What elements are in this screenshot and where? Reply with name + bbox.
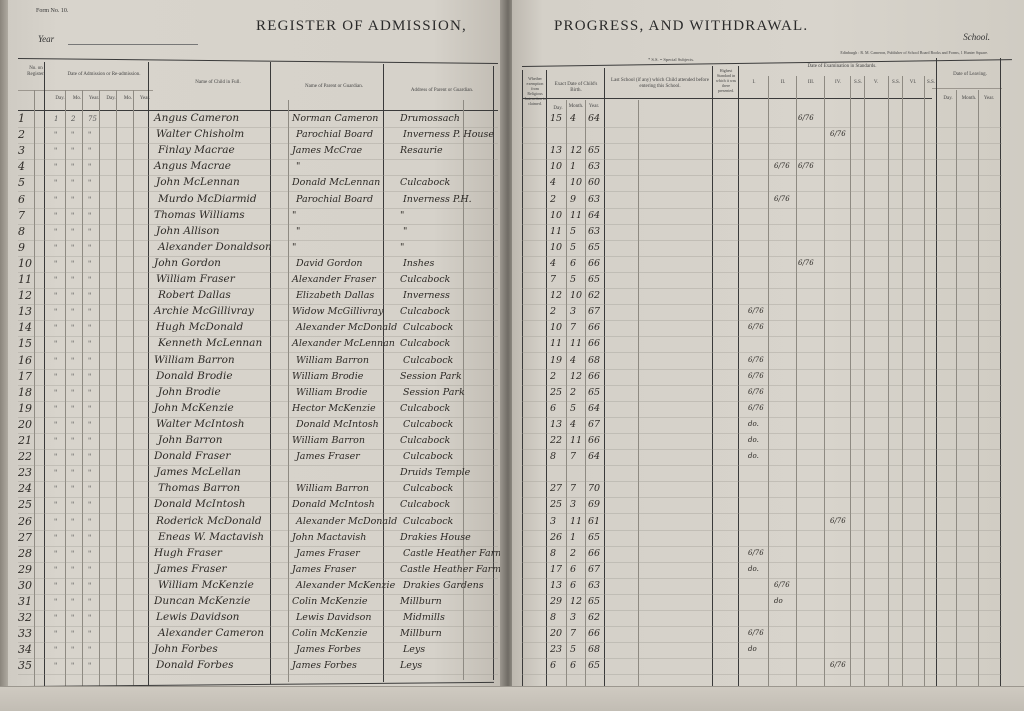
admission-month: "	[71, 662, 74, 670]
parent-name: "	[292, 210, 296, 221]
ruled-line	[18, 369, 498, 370]
birth-month: 4	[570, 419, 576, 430]
ruled-line	[522, 240, 1002, 241]
parent-name: Alexander McDonald	[296, 516, 397, 527]
header-birth-day: Day.	[550, 106, 566, 112]
ruled-line	[18, 143, 498, 144]
header-last-school: Last School (if any) which Child attende…	[608, 78, 712, 90]
register-number: 13	[18, 305, 32, 318]
register-number: 34	[18, 643, 32, 656]
birth-year: 65	[588, 387, 600, 398]
admission-year: "	[88, 324, 91, 332]
col-divider	[638, 100, 639, 686]
birth-day: 10	[550, 242, 562, 253]
birth-month: 12	[570, 371, 582, 382]
admission-month: "	[71, 292, 74, 300]
birth-month: 12	[570, 596, 582, 607]
admission-month: "	[71, 566, 74, 574]
header-leave-month: Month.	[958, 96, 980, 102]
header-standard: V.	[864, 80, 888, 86]
ruled-line	[18, 674, 498, 675]
col-divider	[65, 90, 66, 688]
birth-year: 60	[588, 177, 600, 188]
admission-year: "	[88, 131, 91, 139]
child-name: Eneas W. Mactavish	[158, 531, 264, 543]
register-number: 16	[18, 354, 32, 367]
admission-month: "	[71, 582, 74, 590]
admission-month: "	[71, 646, 74, 654]
parent-name: Widow McGillivray	[292, 306, 383, 317]
ruled-line	[522, 465, 1002, 466]
child-name: Hugh McDonald	[156, 321, 243, 333]
birth-month: 2	[570, 387, 576, 398]
parent-address: "	[403, 226, 407, 237]
admission-day: "	[54, 518, 57, 526]
parent-address: Drakies House	[400, 532, 471, 543]
header-no-on-register: No. on Register.	[22, 66, 50, 78]
register-number: 7	[18, 209, 25, 222]
birth-day: 2	[550, 306, 556, 317]
parent-address: Culcabock	[400, 403, 450, 414]
child-name: Robert Dallas	[158, 289, 231, 301]
admission-year: "	[88, 646, 91, 654]
parent-name: David Gordon	[296, 258, 363, 269]
exam-date-standard-I: do	[748, 645, 757, 653]
birth-day: 7	[550, 274, 556, 285]
birth-day: 13	[550, 145, 562, 156]
parent-name: "	[292, 242, 296, 253]
birth-month: 10	[570, 290, 582, 301]
birth-day: 13	[550, 419, 562, 430]
parent-address: Resaurie	[400, 145, 443, 156]
birth-day: 8	[550, 451, 556, 462]
admission-day: "	[54, 662, 57, 670]
register-number: 22	[18, 450, 32, 463]
col-divider	[546, 70, 547, 688]
birth-month: 4	[570, 355, 576, 366]
parent-name: Parochial Board	[296, 129, 373, 140]
birth-day: 4	[550, 258, 556, 269]
birth-month: 5	[570, 403, 576, 414]
admission-year: "	[88, 308, 91, 316]
birth-month: 6	[570, 660, 576, 671]
header-exam-dates: Date of Examination in Standards.	[752, 64, 932, 70]
register-number: 8	[18, 225, 25, 238]
birth-year: 62	[588, 612, 600, 623]
parent-address: Culcabock	[400, 274, 450, 285]
col-divider	[82, 90, 83, 688]
ruled-line	[522, 610, 1002, 611]
col-divider	[956, 90, 957, 688]
col-divider	[34, 90, 35, 688]
col-divider	[604, 68, 605, 688]
header-readm-year: Year.	[136, 96, 154, 102]
register-number: 3	[18, 144, 25, 157]
ruled-line	[522, 594, 1002, 595]
child-name: James McLellan	[156, 466, 241, 478]
ruled-line	[522, 497, 1002, 498]
ruled-line	[522, 401, 1002, 402]
page-title-left: REGISTER OF ADMISSION,	[256, 18, 467, 35]
child-name: Hugh Fraser	[154, 547, 222, 559]
ruled-line	[522, 288, 1002, 289]
birth-month: 11	[570, 435, 582, 446]
birth-month: 9	[570, 194, 576, 205]
exam-date-standard-II: 6/76	[774, 195, 790, 203]
child-name: William McKenzie	[158, 579, 254, 591]
exam-date-standard-I: 6/76	[748, 388, 764, 396]
admission-month: "	[71, 614, 74, 622]
ruled-line	[18, 481, 498, 482]
year-label: Year	[38, 34, 54, 44]
ruled-line	[522, 191, 1002, 192]
admission-day: "	[54, 598, 57, 606]
birth-year: 66	[588, 371, 600, 382]
birth-year: 68	[588, 355, 600, 366]
header-leave-day: Day.	[938, 96, 958, 102]
register-number: 10	[18, 257, 32, 270]
open-register-book: Form No. 10. REGISTER OF ADMISSION, Year…	[0, 0, 1024, 711]
admission-day: "	[54, 131, 57, 139]
birth-month: 6	[570, 258, 576, 269]
ruled-line	[18, 256, 498, 257]
register-number: 2	[18, 128, 25, 141]
birth-year: 66	[588, 258, 600, 269]
parent-name: William Brodie	[296, 387, 367, 398]
birth-day: 4	[550, 177, 556, 188]
birth-month: 3	[570, 499, 576, 510]
birth-month: 2	[570, 548, 576, 559]
birth-year: 65	[588, 242, 600, 253]
admission-month: "	[71, 244, 74, 252]
ruled-line	[522, 578, 1002, 579]
admission-day: "	[54, 163, 57, 171]
birth-day: 2	[550, 194, 556, 205]
child-name: Donald Brodie	[156, 370, 233, 382]
parent-name: William Barron	[292, 435, 365, 446]
parent-name: Colin McKenzie	[292, 628, 368, 639]
admission-month: "	[71, 421, 74, 429]
birth-month: 11	[570, 516, 582, 527]
parent-name: John Mactavish	[292, 532, 366, 543]
register-number: 20	[18, 418, 32, 431]
header-date-leaving: Date of Leaving.	[940, 72, 1000, 78]
register-number: 24	[18, 482, 32, 495]
header-date-admission: Date of Admission or Re-admission.	[52, 72, 156, 78]
birth-year: 66	[588, 435, 600, 446]
admission-day: "	[54, 534, 57, 542]
birth-month: 1	[570, 532, 576, 543]
birth-month: 6	[570, 580, 576, 591]
parent-address: Culcabock	[403, 451, 453, 462]
parent-name: "	[296, 226, 300, 237]
register-number: 30	[18, 579, 32, 592]
header-parent-name: Name of Parent or Guardian.	[284, 84, 384, 90]
admission-day: "	[54, 566, 57, 574]
admission-day: 1	[54, 115, 58, 123]
birth-year: 65	[588, 596, 600, 607]
register-number: 23	[18, 466, 32, 479]
exam-date-standard-IV: 6/76	[830, 130, 846, 138]
parent-address: Inverness P. House	[403, 129, 494, 140]
birth-month: 6	[570, 564, 576, 575]
birth-month: 7	[570, 322, 576, 333]
child-name: Donald Fraser	[154, 450, 230, 462]
register-number: 21	[18, 434, 32, 447]
parent-name: Hector McKenzie	[292, 403, 376, 414]
admission-month: "	[71, 405, 74, 413]
ruled-line	[522, 272, 1002, 273]
birth-year: 66	[588, 548, 600, 559]
child-name: John McKenzie	[154, 402, 234, 414]
admission-month: "	[71, 308, 74, 316]
parent-address: Drakies Gardens	[403, 580, 484, 591]
exam-date-standard-I: do.	[748, 420, 759, 428]
admission-day: "	[54, 646, 57, 654]
admission-month: "	[71, 469, 74, 477]
parent-name: Elizabeth Dallas	[296, 290, 374, 301]
admission-year: 75	[88, 115, 97, 123]
child-name: John Brodie	[158, 386, 221, 398]
parent-address: Culcabock	[403, 516, 453, 527]
admission-day: "	[54, 260, 57, 268]
header-standard: S.S.	[890, 80, 902, 86]
admission-month: "	[71, 389, 74, 397]
birth-year: 67	[588, 306, 600, 317]
col-divider	[566, 100, 567, 688]
parent-address: Drumossach	[400, 113, 460, 124]
admission-month: "	[71, 453, 74, 461]
admission-year: "	[88, 228, 91, 236]
birth-year: 62	[588, 290, 600, 301]
ruled-line	[522, 642, 1002, 643]
child-name: John McLennan	[156, 176, 240, 188]
ruled-line	[522, 352, 1002, 353]
child-name: Walter McIntosh	[156, 418, 245, 430]
header-standard: S.S.	[852, 80, 864, 86]
parent-address: Midmills	[403, 612, 445, 623]
birth-year: 64	[588, 451, 600, 462]
admission-month: "	[71, 179, 74, 187]
register-number: 9	[18, 241, 25, 254]
right-page: PROGRESS, AND WITHDRAWAL. School. Edinbu…	[512, 0, 1024, 711]
birth-day: 6	[550, 660, 556, 671]
parent-name: Alexander McLennan	[292, 338, 395, 349]
ruled-line	[18, 417, 498, 418]
ruled-line	[522, 143, 1002, 144]
header-divider	[932, 88, 1002, 89]
register-number: 1	[18, 112, 25, 125]
admission-day: "	[54, 469, 57, 477]
parent-address: Leys	[403, 644, 425, 655]
ruled-line	[522, 256, 1002, 257]
exam-date-standard-I: 6/76	[748, 356, 764, 364]
ruled-line	[522, 449, 1002, 450]
ruled-line	[522, 385, 1002, 386]
ruled-line	[522, 658, 1002, 659]
admission-day: "	[54, 550, 57, 558]
ruled-line	[522, 626, 1002, 627]
parent-name: Norman Cameron	[292, 113, 378, 124]
child-name: James Fraser	[156, 563, 227, 575]
parent-address: Inverness	[403, 290, 450, 301]
exam-date-standard-IV: 6/76	[830, 661, 846, 669]
register-number: 17	[18, 370, 32, 383]
header-child-name: Name of Child in Full.	[160, 80, 276, 86]
admission-year: "	[88, 598, 91, 606]
exam-date-standard-I: 6/76	[748, 629, 764, 637]
ruled-line	[18, 159, 498, 160]
admission-year: "	[88, 179, 91, 187]
admission-year: "	[88, 582, 91, 590]
admission-year: "	[88, 534, 91, 542]
ruled-line	[522, 674, 1002, 675]
birth-day: 6	[550, 403, 556, 414]
admission-day: "	[54, 501, 57, 509]
parent-address: Inshes	[403, 258, 434, 269]
birth-month: 11	[570, 210, 582, 221]
admission-year: "	[88, 196, 91, 204]
birth-year: 64	[588, 210, 600, 221]
admission-month: "	[71, 260, 74, 268]
birth-month: 7	[570, 483, 576, 494]
register-number: 14	[18, 321, 32, 334]
exam-date-standard-II: 6/76	[774, 581, 790, 589]
header-birth-year: Year.	[586, 104, 602, 110]
ruled-line	[18, 304, 498, 305]
parent-address: Culcabock	[403, 419, 453, 430]
parent-address: Castle Heather Farm	[403, 548, 504, 559]
child-name: John Gordon	[154, 257, 221, 269]
admission-day: "	[54, 437, 57, 445]
admission-month: "	[71, 373, 74, 381]
col-divider	[270, 62, 271, 684]
admission-month: "	[71, 550, 74, 558]
child-name: Alexander Donaldson	[158, 241, 272, 253]
admission-day: "	[54, 228, 57, 236]
admission-month: "	[71, 485, 74, 493]
admission-year: "	[88, 405, 91, 413]
ruled-line	[18, 288, 498, 289]
parent-name: Donald McLennan	[292, 177, 380, 188]
exam-date-standard-I: do.	[748, 452, 759, 460]
parent-address: Inverness P.H.	[403, 194, 472, 205]
admission-year: "	[88, 340, 91, 348]
admission-year: "	[88, 389, 91, 397]
admission-day: "	[54, 453, 57, 461]
child-name: Angus Cameron	[154, 112, 239, 124]
admission-day: "	[54, 630, 57, 638]
child-name: Thomas Barron	[158, 482, 240, 494]
admission-year: "	[88, 244, 91, 252]
exam-date-standard-I: 6/76	[748, 307, 764, 315]
exam-date-standard-III: 6/76	[798, 162, 814, 170]
exam-date-standard-III: 6/76	[798, 259, 814, 267]
parent-address: Culcabock	[403, 355, 453, 366]
ruled-line	[18, 401, 498, 402]
birth-year: 63	[588, 161, 600, 172]
admission-year: "	[88, 292, 91, 300]
header-standard: III.	[798, 80, 824, 86]
birth-day: 27	[550, 483, 562, 494]
register-number: 5	[18, 176, 25, 189]
birth-year: 67	[588, 419, 600, 430]
admission-year: "	[88, 566, 91, 574]
register-number: 15	[18, 337, 32, 350]
exam-date-standard-II: do	[774, 597, 783, 605]
admission-year: "	[88, 421, 91, 429]
birth-year: 65	[588, 145, 600, 156]
school-label: School.	[963, 32, 990, 42]
admission-day: "	[54, 614, 57, 622]
admission-month: "	[71, 534, 74, 542]
parent-name: Alexander Fraser	[292, 274, 376, 285]
admission-day: "	[54, 308, 57, 316]
parent-name: Alexander McKenzie	[296, 580, 395, 591]
birth-day: 10	[550, 322, 562, 333]
birth-year: 70	[588, 483, 600, 494]
register-number: 29	[18, 563, 32, 576]
admission-year: "	[88, 630, 91, 638]
birth-day: 10	[550, 161, 562, 172]
admission-month: "	[71, 598, 74, 606]
header-birth-month: Month.	[567, 104, 585, 110]
birth-day: 23	[550, 644, 562, 655]
register-number: 27	[18, 531, 32, 544]
parent-name: Colin McKenzie	[292, 596, 368, 607]
child-name: Angus Macrae	[154, 160, 231, 172]
birth-day: 12	[550, 290, 562, 301]
ruled-line	[522, 336, 1002, 337]
ruled-line	[522, 513, 1002, 514]
admission-month: "	[71, 501, 74, 509]
birth-month: 10	[570, 177, 582, 188]
ruled-line	[522, 127, 1002, 128]
birth-day: 25	[550, 387, 562, 398]
header-standard: VI.	[902, 80, 924, 86]
parent-name: James McCrae	[292, 145, 362, 156]
child-name: Lewis Davidson	[156, 611, 239, 623]
parent-name: Donald McIntosh	[292, 499, 375, 510]
register-number: 12	[18, 289, 32, 302]
birth-day: 11	[550, 226, 562, 237]
col-divider	[585, 100, 586, 688]
parent-address: Session Park	[400, 371, 462, 382]
parent-address: Culcabock	[403, 483, 453, 494]
birth-year: 66	[588, 322, 600, 333]
child-name: Walter Chisholm	[156, 128, 244, 140]
birth-year: 63	[588, 580, 600, 591]
child-name: Thomas Williams	[154, 209, 245, 221]
parent-name: Lewis Davidson	[296, 612, 371, 623]
birth-day: 29	[550, 596, 562, 607]
admission-day: "	[54, 292, 57, 300]
exam-date-standard-I: 6/76	[748, 549, 764, 557]
ruled-line	[18, 578, 498, 579]
admission-year: "	[88, 163, 91, 171]
exam-date-standard-IV: 6/76	[830, 517, 846, 525]
col-divider	[116, 90, 117, 688]
birth-year: 64	[588, 403, 600, 414]
parent-address: Druids Temple	[400, 467, 470, 478]
parent-name: Alexander McDonald	[296, 322, 397, 333]
register-number: 32	[18, 611, 32, 624]
parent-address: Culcabock	[403, 322, 453, 333]
birth-month: 3	[570, 306, 576, 317]
birth-day: 8	[550, 612, 556, 623]
admission-day: "	[54, 373, 57, 381]
admission-day: "	[54, 485, 57, 493]
